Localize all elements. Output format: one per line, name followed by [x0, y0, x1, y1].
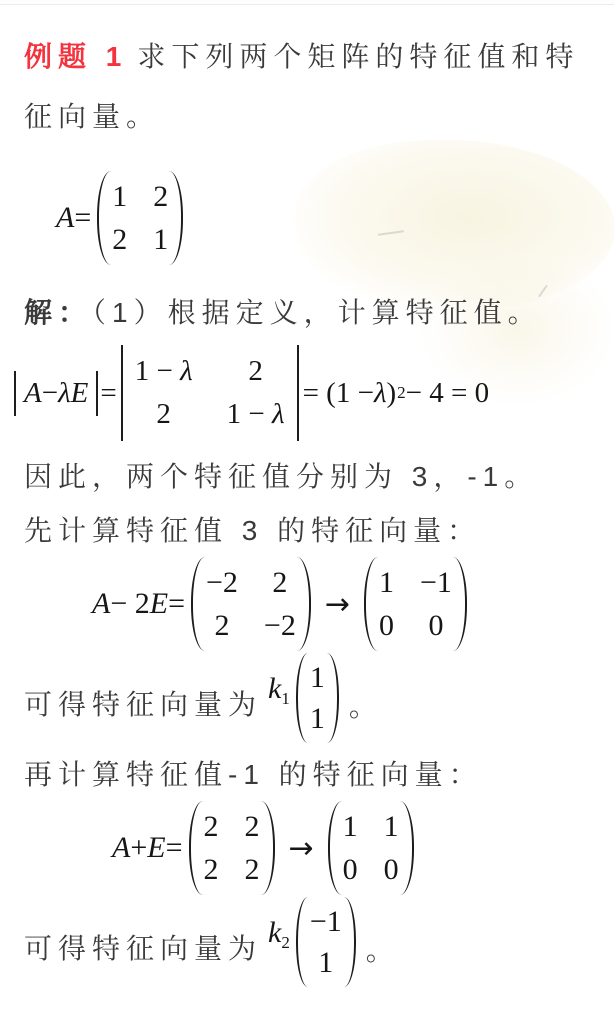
- var-k: k: [268, 916, 281, 949]
- result-prefix: 可得特征向量为: [24, 683, 262, 727]
- minus-sign: −: [42, 377, 58, 410]
- row-reduced-matrix: 1 −1 0 0: [364, 557, 467, 651]
- vector-cell: 1: [310, 659, 325, 697]
- right-arrow-icon: →: [289, 831, 314, 866]
- exponent: 2: [397, 383, 406, 403]
- cell-text: 1 −: [227, 398, 272, 430]
- vector-cell: 1: [318, 944, 333, 982]
- var-a: A: [24, 377, 42, 410]
- matrix-cell: −2: [264, 607, 296, 645]
- column-vector: −1 1: [296, 897, 356, 987]
- lambda-symbol: λ: [180, 355, 193, 387]
- lambda-symbol: λ: [272, 398, 285, 430]
- var-a: A: [56, 201, 74, 235]
- close-paren: ): [387, 377, 397, 410]
- matrix-cell: 2: [248, 353, 263, 391]
- period: 。: [366, 929, 400, 973]
- column-vector: 1 1: [296, 653, 339, 743]
- solution-step1-text: （1）根据定义，计算特征值。: [92, 297, 542, 328]
- lambda-symbol: λ: [374, 377, 387, 410]
- plus-sign: +: [130, 831, 147, 865]
- formula-a-minus-2e: A − 2E = −2 2 2 −2 → 1 −1 0 0: [92, 557, 594, 651]
- equals-sign: =: [168, 587, 185, 621]
- matrix-cell: 1: [379, 564, 394, 602]
- coefficient-k1: k1: [268, 672, 290, 709]
- matrix-cell: −1: [420, 564, 452, 602]
- matrix-cell: 1: [112, 178, 127, 216]
- var-a: A: [112, 831, 130, 865]
- cell-text: 1 −: [135, 355, 180, 387]
- characteristic-equation: A − λE = 1 − λ 2 2 1 − λ = (1 − λ)2 − 4 …: [12, 345, 594, 441]
- eigenvector-neg1-intro: 再计算特征值-1 的特征向量：: [24, 753, 594, 797]
- right-arrow-icon: →: [325, 587, 350, 622]
- var-lambda-e: λE: [58, 377, 88, 410]
- var-e: E: [147, 831, 165, 865]
- matrix-cell: 0: [379, 607, 394, 645]
- matrix-cell: 1 − λ: [227, 396, 285, 434]
- matrix-cell: −2: [206, 564, 238, 602]
- document-body: 例题 1求下列两个矩阵的特征值和特征向量。 A = 1 2 2 1 解：（1）根…: [0, 27, 614, 987]
- top-divider: [0, 0, 614, 5]
- equals-sign: =: [74, 201, 91, 235]
- result-prefix: 可得特征向量为: [24, 927, 262, 971]
- matrix-cell: 2: [112, 221, 127, 259]
- eigenvector-2: −1 1: [292, 897, 360, 987]
- eigenvector-result-2: 可得特征向量为 k2 −1 1 。: [24, 897, 594, 987]
- matrix-cell: 2: [272, 564, 287, 602]
- matrix-cell: 2: [156, 396, 171, 434]
- period: 。: [349, 685, 383, 729]
- matrix-cell: 1: [153, 221, 168, 259]
- example-label: 例题 1: [24, 41, 127, 72]
- var-e: E: [150, 587, 168, 621]
- eigenvector-result-1: 可得特征向量为 k1 1 1 。: [24, 653, 594, 743]
- vector-cell: 1: [310, 700, 325, 738]
- rhs-tail: − 4 = 0: [406, 377, 489, 410]
- equals-sign: =: [166, 831, 183, 865]
- matrix-cell: 2: [214, 607, 229, 645]
- minus-2: − 2: [110, 587, 149, 621]
- matrix-cell: 2: [245, 808, 260, 846]
- determinant-bars: A − λE: [14, 371, 98, 416]
- equals-sign: =: [100, 377, 116, 410]
- matrix-a-minus-2e: −2 2 2 −2: [191, 557, 311, 651]
- matrix-cell: 1: [384, 808, 399, 846]
- subscript-1: 1: [281, 689, 290, 708]
- matrix-cell: 2: [153, 178, 168, 216]
- matrix-cell: 2: [204, 808, 219, 846]
- matrix-cell: 2: [245, 851, 260, 889]
- matrix-a: 1 2 2 1: [97, 171, 183, 265]
- matrix-cell: 1: [343, 808, 358, 846]
- subscript-2: 2: [281, 933, 290, 952]
- matrix-cell: 2: [204, 851, 219, 889]
- var-a: A: [92, 587, 110, 621]
- vector-cell: −1: [310, 903, 342, 941]
- row-reduced-matrix: 1 1 0 0: [328, 801, 414, 895]
- coefficient-k2: k2: [268, 916, 290, 953]
- formula-a-plus-e: A + E = 2 2 2 2 → 1 1 0 0: [112, 801, 594, 895]
- matrix-cell: 1 − λ: [135, 353, 193, 391]
- solution-step1: 解：（1）根据定义，计算特征值。: [24, 291, 594, 335]
- formula-matrix-a: A = 1 2 2 1: [56, 171, 594, 265]
- matrix-cell: 0: [428, 607, 443, 645]
- rhs-lead: = (1 −: [303, 377, 374, 410]
- determinant-matrix: 1 − λ 2 2 1 − λ: [121, 345, 299, 441]
- eigenvalue-conclusion: 因此，两个特征值分别为 3，-1。: [24, 455, 594, 499]
- eigenvector-1: 1 1: [292, 653, 343, 743]
- var-k: k: [268, 672, 281, 705]
- matrix-cell: 0: [343, 851, 358, 889]
- matrix-a-plus-e: 2 2 2 2: [189, 801, 275, 895]
- solution-label: 解：: [24, 297, 92, 328]
- problem-title: 例题 1求下列两个矩阵的特征值和特征向量。: [24, 27, 594, 147]
- eigenvector3-intro: 先计算特征值 3 的特征向量：: [24, 509, 594, 553]
- matrix-cell: 0: [384, 851, 399, 889]
